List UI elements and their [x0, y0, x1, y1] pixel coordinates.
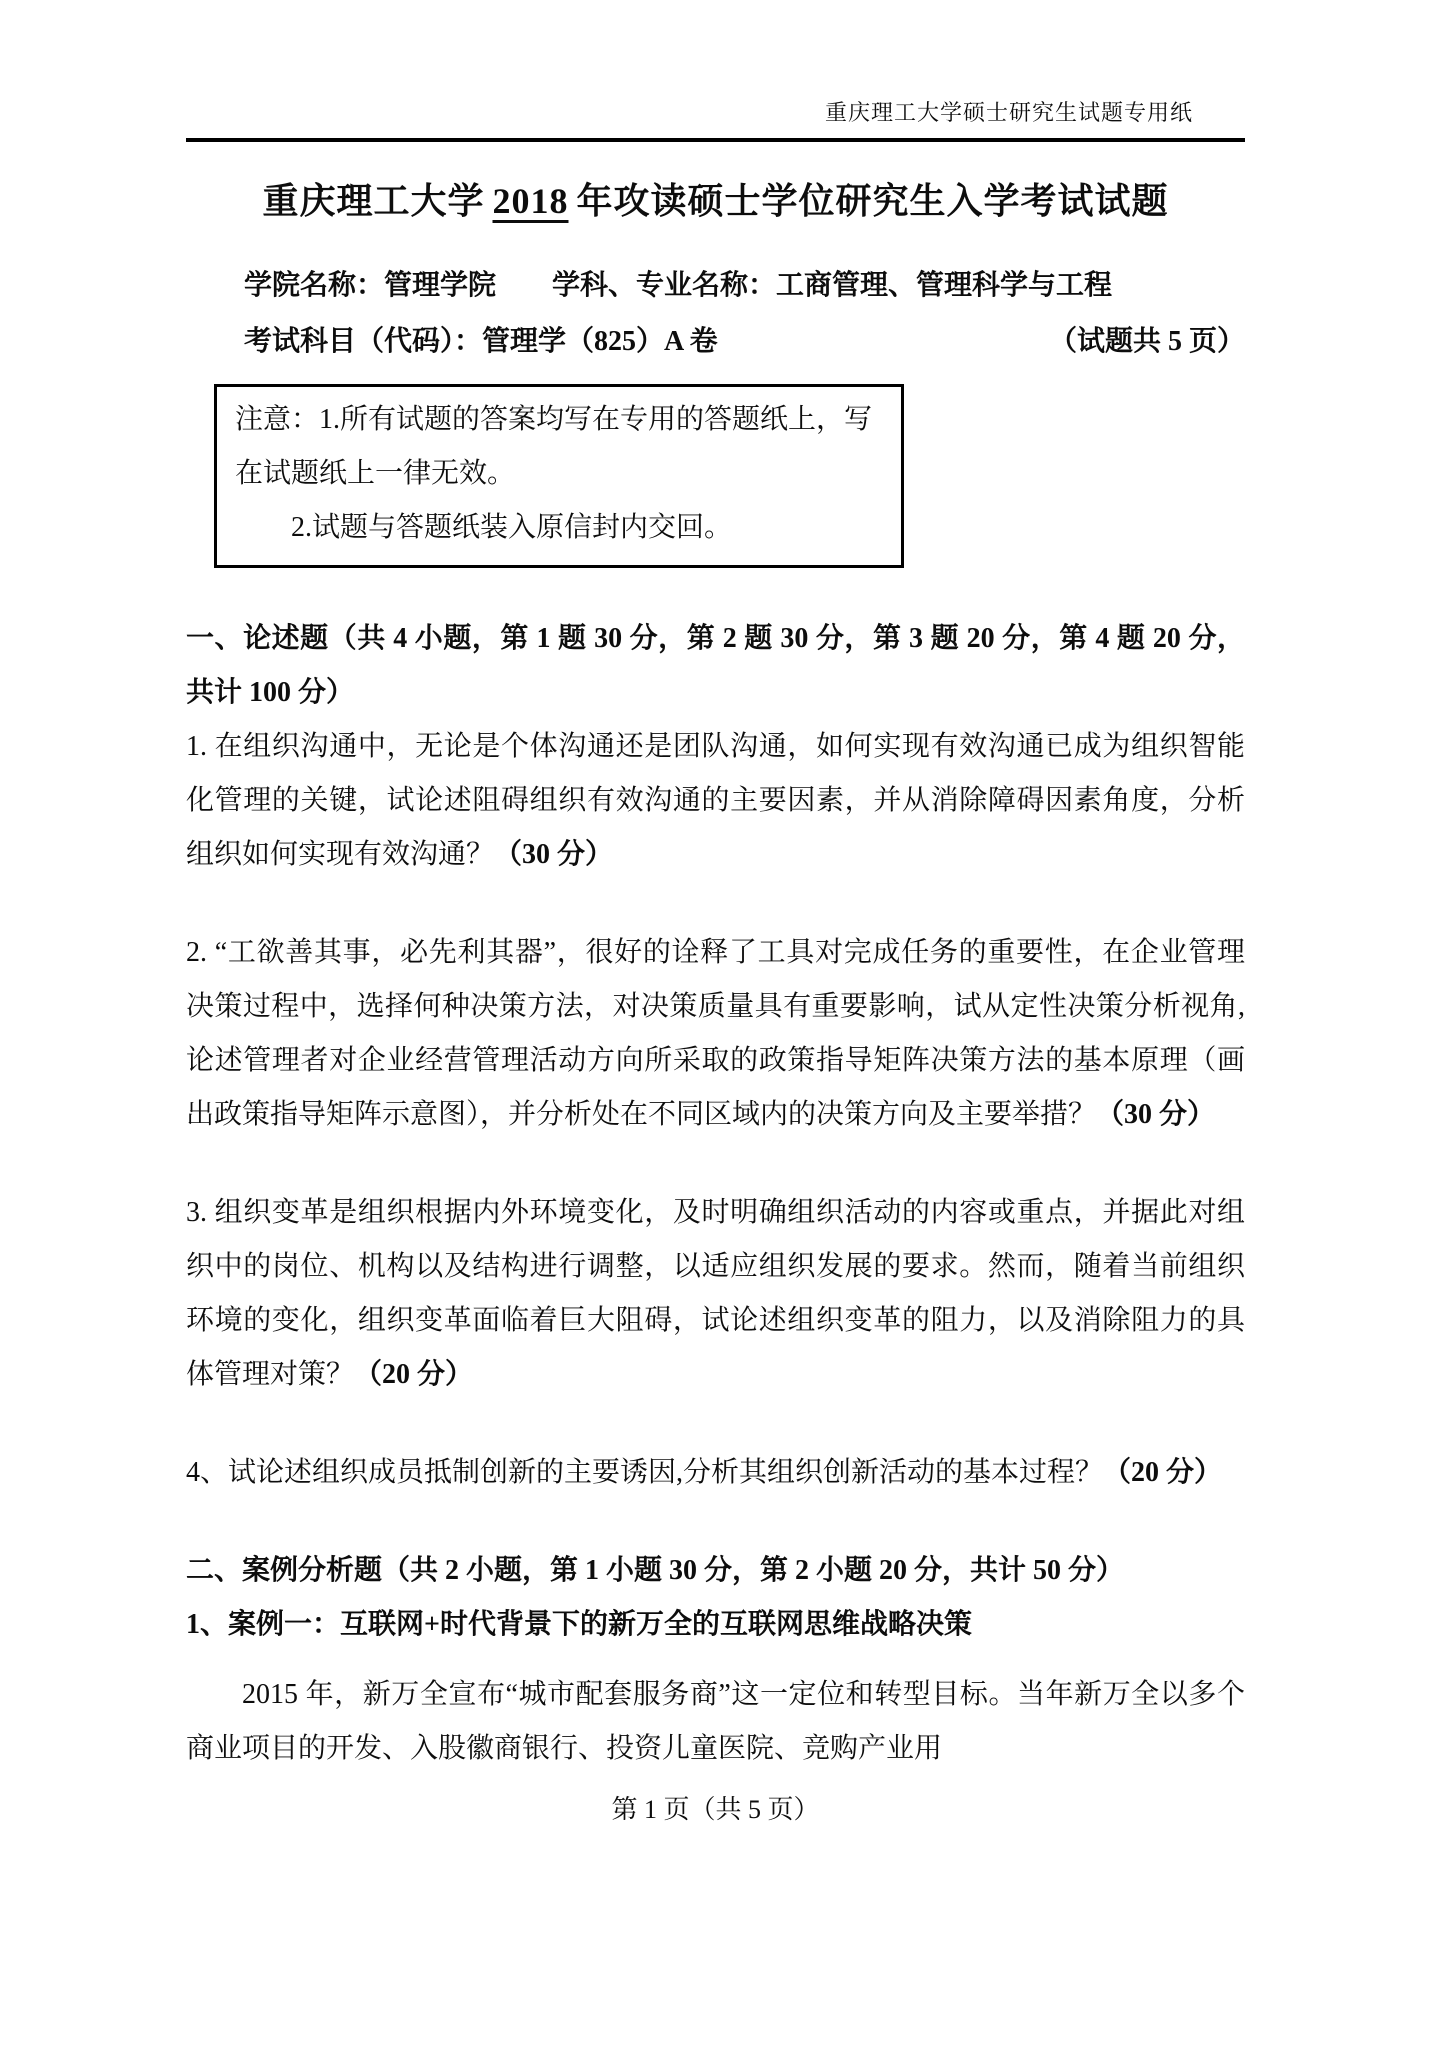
- case1-title: 1、案例一：互联网+时代背景下的新万全的互联网思维战略决策: [186, 1598, 1245, 1652]
- question-4: 4、试论述组织成员抵制创新的主要诱因,分析其组织创新活动的基本过程？（20 分）: [186, 1446, 1245, 1500]
- header-note: 重庆理工大学硕士研究生试题专用纸: [186, 98, 1245, 128]
- notice-item-1: 注意：1.所有试题的答案均写在专用的答题纸上，写在试题纸上一律无效。: [235, 393, 883, 501]
- question-1-score: （30 分）: [494, 839, 613, 870]
- question-2: 2. “工欲善其事，必先利其器”，很好的诠释了工具对完成任务的重要性，在企业管理…: [186, 926, 1245, 1142]
- question-1-text: 1. 在组织沟通中，无论是个体沟通还是团队沟通，如何实现有效沟通已成为组织智能化…: [186, 731, 1245, 870]
- page-footer: 第 1 页（共 5 页）: [186, 1790, 1245, 1830]
- question-3-score: （20 分）: [354, 1359, 473, 1390]
- total-pages-note: （试题共 5 页）: [1049, 322, 1245, 362]
- notice-box: 注意：1.所有试题的答案均写在专用的答题纸上，写在试题纸上一律无效。 2.试题与…: [214, 384, 904, 568]
- subject-code-line: 考试科目（代码）：管理学（825）A 卷: [244, 322, 718, 362]
- case1-paragraph: 2015 年，新万全宣布“城市配套服务商”这一定位和转型目标。当年新万全以多个商…: [186, 1668, 1245, 1776]
- page-title: 重庆理工大学2018年攻读硕士学位研究生入学考试试题: [186, 176, 1245, 226]
- title-year: 2018: [485, 181, 577, 221]
- title-suffix: 年攻读硕士学位研究生入学考试试题: [577, 181, 1169, 221]
- section1-heading: 一、论述题（共 4 小题，第 1 题 30 分，第 2 题 30 分，第 3 题…: [186, 612, 1245, 720]
- exam-paper-page: 重庆理工大学硕士研究生试题专用纸 重庆理工大学2018年攻读硕士学位研究生入学考…: [0, 0, 1449, 2046]
- notice-item-2: 2.试题与答题纸装入原信封内交回。: [235, 501, 883, 555]
- question-2-text: 2. “工欲善其事，必先利其器”，很好的诠释了工具对完成任务的重要性，在企业管理…: [186, 937, 1245, 1130]
- subject-row: 考试科目（代码）：管理学（825）A 卷 （试题共 5 页）: [244, 322, 1245, 362]
- question-3: 3. 组织变革是组织根据内外环境变化，及时明确组织活动的内容或重点，并据此对组织…: [186, 1186, 1245, 1402]
- exam-meta: 学院名称：管理学院 学科、专业名称：工商管理、管理科学与工程 考试科目（代码）：…: [244, 266, 1245, 362]
- question-4-text: 4、试论述组织成员抵制创新的主要诱因,分析其组织创新活动的基本过程？: [186, 1457, 1103, 1488]
- question-1: 1. 在组织沟通中，无论是个体沟通还是团队沟通，如何实现有效沟通已成为组织智能化…: [186, 720, 1245, 882]
- title-prefix: 重庆理工大学: [262, 181, 484, 221]
- question-3-text: 3. 组织变革是组织根据内外环境变化，及时明确组织活动的内容或重点，并据此对组织…: [186, 1197, 1245, 1390]
- section2-heading: 二、案例分析题（共 2 小题，第 1 小题 30 分，第 2 小题 20 分，共…: [186, 1544, 1245, 1598]
- college-major-line: 学院名称：管理学院 学科、专业名称：工商管理、管理科学与工程: [244, 266, 1245, 306]
- question-4-score: （20 分）: [1103, 1457, 1222, 1488]
- question-2-score: （30 分）: [1096, 1099, 1215, 1130]
- header-rule: [186, 138, 1245, 142]
